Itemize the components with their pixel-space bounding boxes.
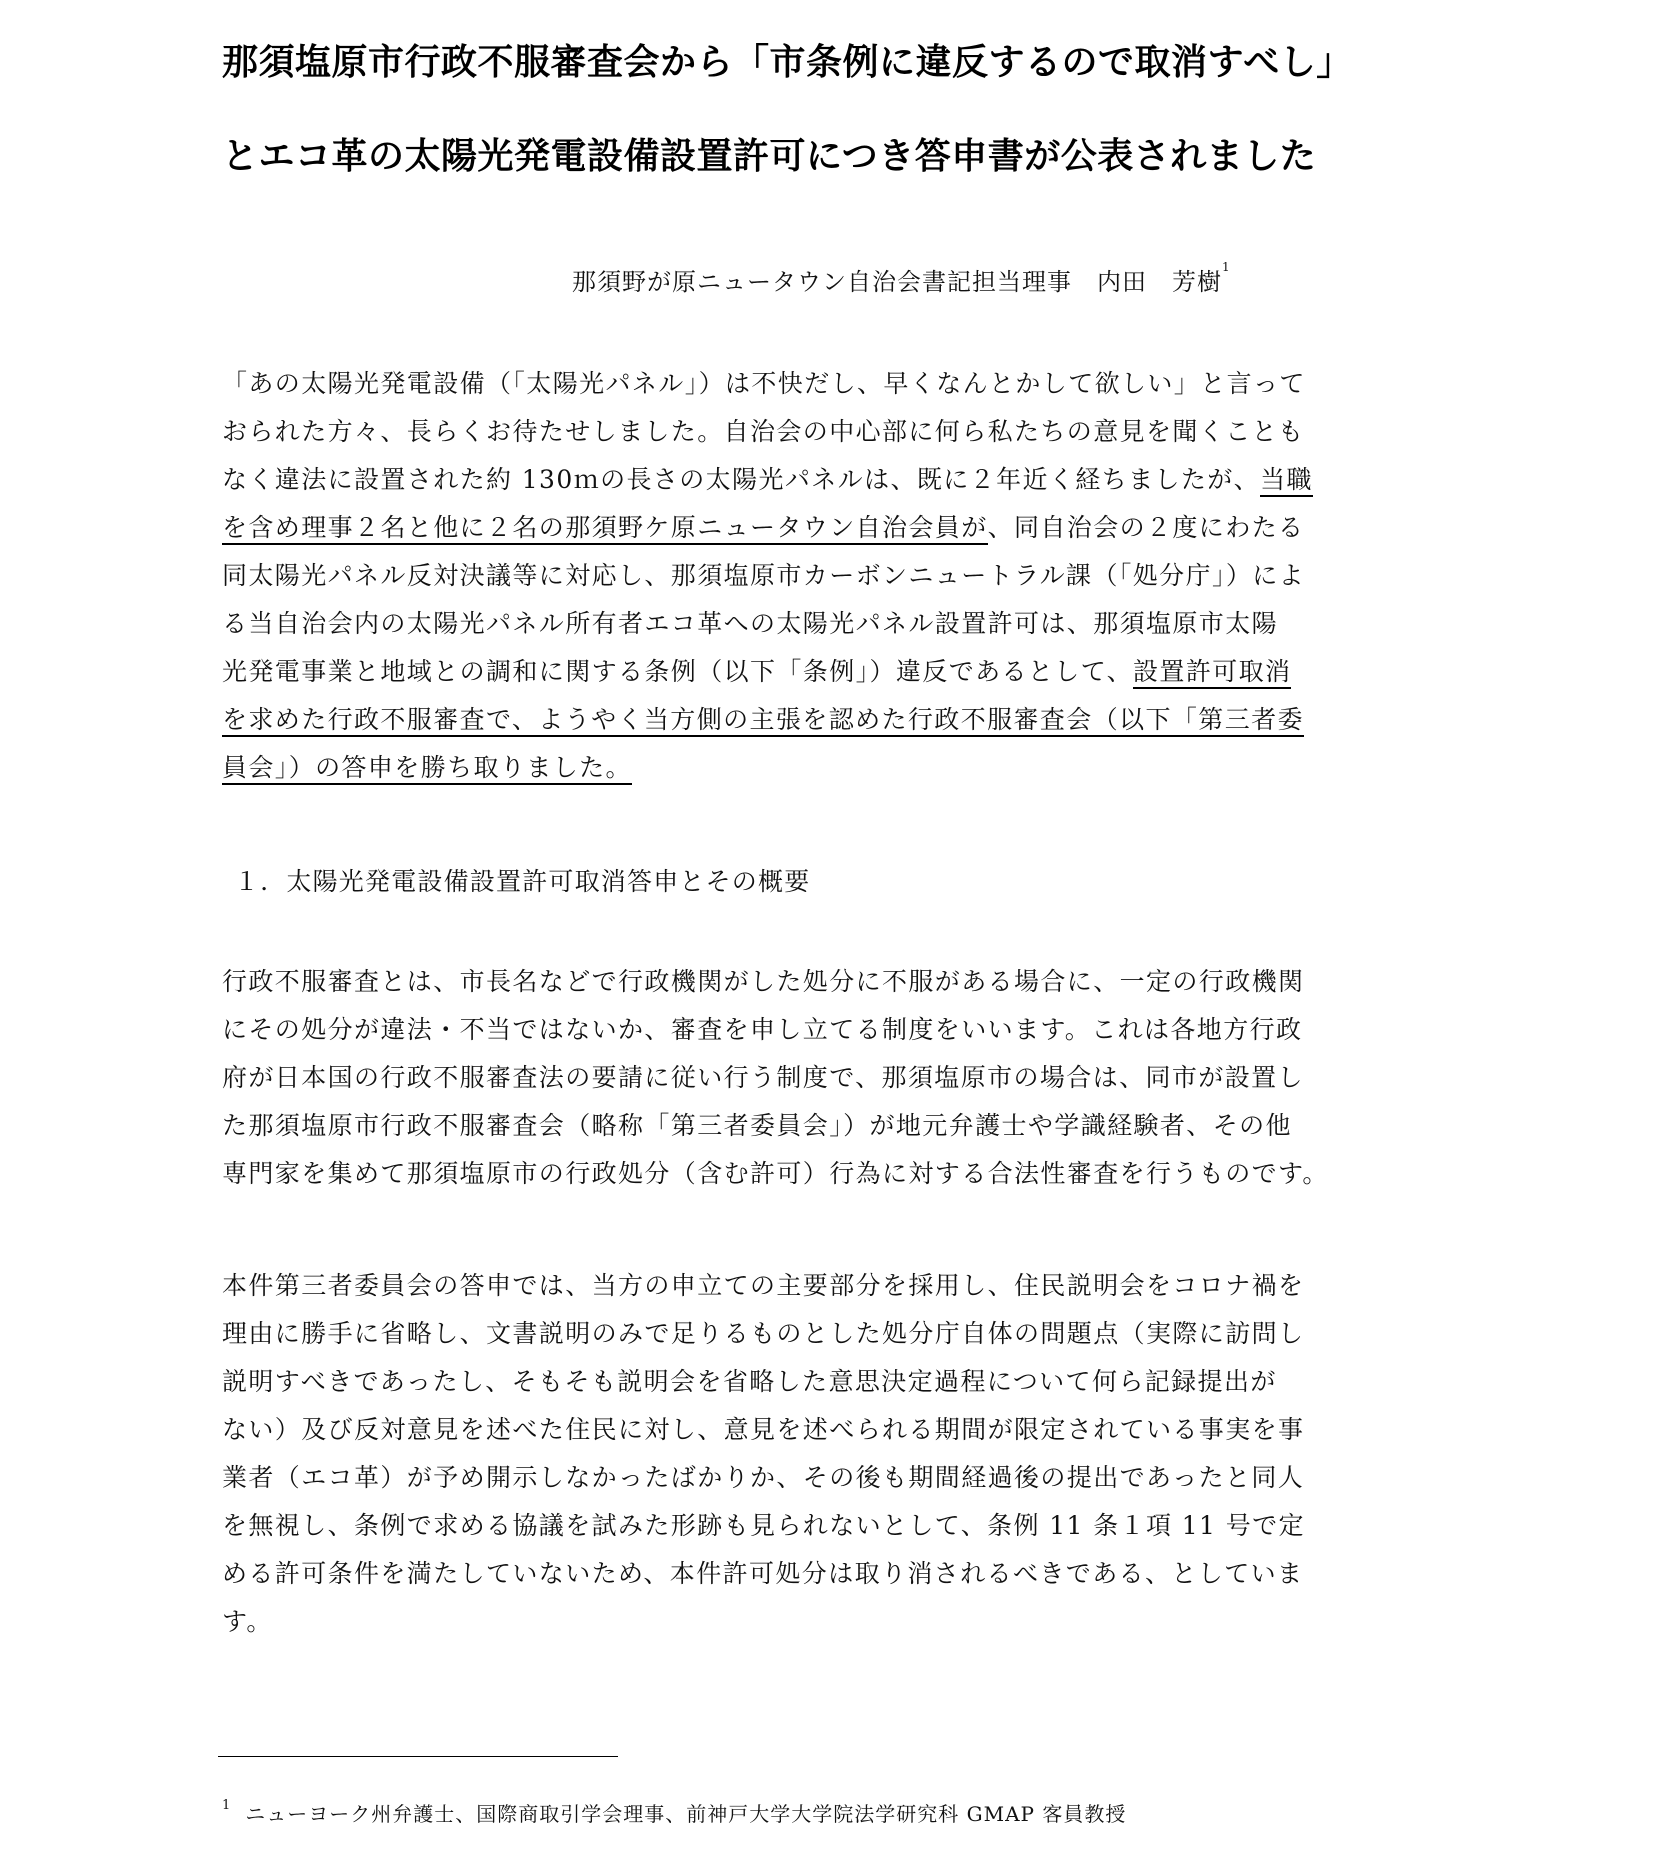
underlined-text: を求めた行政不服審査で、ようやく当方側の主張を認めた行政不服審査会（以下「第三者… <box>222 705 1304 737</box>
footnote-text: ニューヨーク州弁護士、国際商取引学会理事、前神戸大学大学院法学研究科 GMAP … <box>245 1802 1126 1826</box>
paragraph-line: ない）及び反対意見を述べた住民に対し、意見を述べられる期間が限定されている事実を… <box>222 1406 1402 1454</box>
intro-paragraph: 「あの太陽光発電設備（「太陽光パネル」）は不快だし、早くなんとかして欲しい」と言… <box>222 360 1402 792</box>
paragraph-line: る当自治会内の太陽光パネル所有者エコ革への太陽光パネル設置許可は、那須塩原市太陽 <box>222 600 1402 648</box>
paragraph-line: 説明すべきであったし、そもそも説明会を省略した意思決定過程について何ら記録提出が <box>222 1358 1402 1406</box>
document-page: 那須塩原市行政不服審査会から「市条例に違反するので取消すべし」 とエコ革の太陽光… <box>0 0 1656 1853</box>
footnote-mark: 1 <box>222 1798 231 1813</box>
author-text: 那須野が原ニュータウン自治会書記担当理事 内田 芳樹 <box>572 268 1222 296</box>
underlined-text: 員会」）の答申を勝ち取りました。 <box>222 753 632 785</box>
underlined-text: 設置許可取消 <box>1133 657 1291 689</box>
paragraph-line: た那須塩原市行政不服審査会（略称「第三者委員会」）が地元弁護士や学識経験者、その… <box>222 1102 1402 1150</box>
footnote: 1ニューヨーク州弁護士、国際商取引学会理事、前神戸大学大学院法学研究科 GMAP… <box>222 1798 1126 1827</box>
paragraph-line: を無視し、条例で求める協議を試みた形跡も見られないとして、条例 11 条１項 1… <box>222 1502 1402 1550</box>
paragraph-line: 業者（エコ革）が予め開示しなかったばかりか、その後も期間経過後の提出であったと同… <box>222 1454 1402 1502</box>
paragraph-line: 理由に勝手に省略し、文書説明のみで足りるものとした処分庁自体の問題点（実際に訪問… <box>222 1310 1402 1358</box>
paragraph-line: 府が日本国の行政不服審査法の要請に従い行う制度で、那須塩原市の場合は、同市が設置… <box>222 1054 1402 1102</box>
underlined-text: 当職 <box>1260 465 1313 497</box>
section-paragraph-2: 本件第三者委員会の答申では、当方の申立ての主要部分を採用し、住民説明会をコロナ禍… <box>222 1262 1402 1646</box>
paragraph-line: 本件第三者委員会の答申では、当方の申立ての主要部分を採用し、住民説明会をコロナ禍… <box>222 1262 1402 1310</box>
paragraph-line: を含め理事２名と他に２名の那須野ケ原ニュータウン自治会員が、同自治会の２度にわた… <box>222 504 1402 552</box>
paragraph-line: なく違法に設置された約 130ｍの長さの太陽光パネルは、既に２年近く経ちましたが… <box>222 456 1402 504</box>
title-line-2: とエコ革の太陽光発電設備設置許可につき答申書が公表されました <box>222 128 1316 179</box>
paragraph-line: める許可条件を満たしていないため、本件許可処分は取り消されるべきである、としてい… <box>222 1550 1402 1598</box>
footnote-divider <box>218 1756 618 1757</box>
paragraph-line: を求めた行政不服審査で、ようやく当方側の主張を認めた行政不服審査会（以下「第三者… <box>222 696 1402 744</box>
underlined-text: を含め理事２名と他に２名の那須野ケ原ニュータウン自治会員が <box>222 513 988 545</box>
paragraph-line: おられた方々、長らくお待たせしました。自治会の中心部に何ら私たちの意見を聞くこと… <box>222 408 1402 456</box>
paragraph-line: にその処分が違法・不当ではないか、審査を申し立てる制度をいいます。これは各地方行… <box>222 1006 1402 1054</box>
section-heading: １．太陽光発電設備設置許可取消答申とその概要 <box>234 862 810 898</box>
paragraph-line: 行政不服審査とは、市長名などで行政機関がした処分に不服がある場合に、一定の行政機… <box>222 958 1402 1006</box>
paragraph-line: 光発電事業と地域との調和に関する条例（以下「条例」）違反であるとして、設置許可取… <box>222 648 1402 696</box>
paragraph-line: 「あの太陽光発電設備（「太陽光パネル」）は不快だし、早くなんとかして欲しい」と言… <box>222 360 1402 408</box>
paragraph-line: す。 <box>222 1598 1402 1646</box>
title-line-1: 那須塩原市行政不服審査会から「市条例に違反するので取消すべし」 <box>222 34 1353 85</box>
paragraph-line: 同太陽光パネル反対決議等に対応し、那須塩原市カーボンニュートラル課（「処分庁」）… <box>222 552 1402 600</box>
paragraph-line: 専門家を集めて那須塩原市の行政処分（含む許可）行為に対する合法性審査を行うもので… <box>222 1150 1402 1198</box>
paragraph-line: 員会」）の答申を勝ち取りました。 <box>222 744 1402 792</box>
author-footnote-mark: 1 <box>1222 260 1231 274</box>
author-line: 那須野が原ニュータウン自治会書記担当理事 内田 芳樹1 <box>572 262 1231 297</box>
section-paragraph-1: 行政不服審査とは、市長名などで行政機関がした処分に不服がある場合に、一定の行政機… <box>222 958 1402 1198</box>
